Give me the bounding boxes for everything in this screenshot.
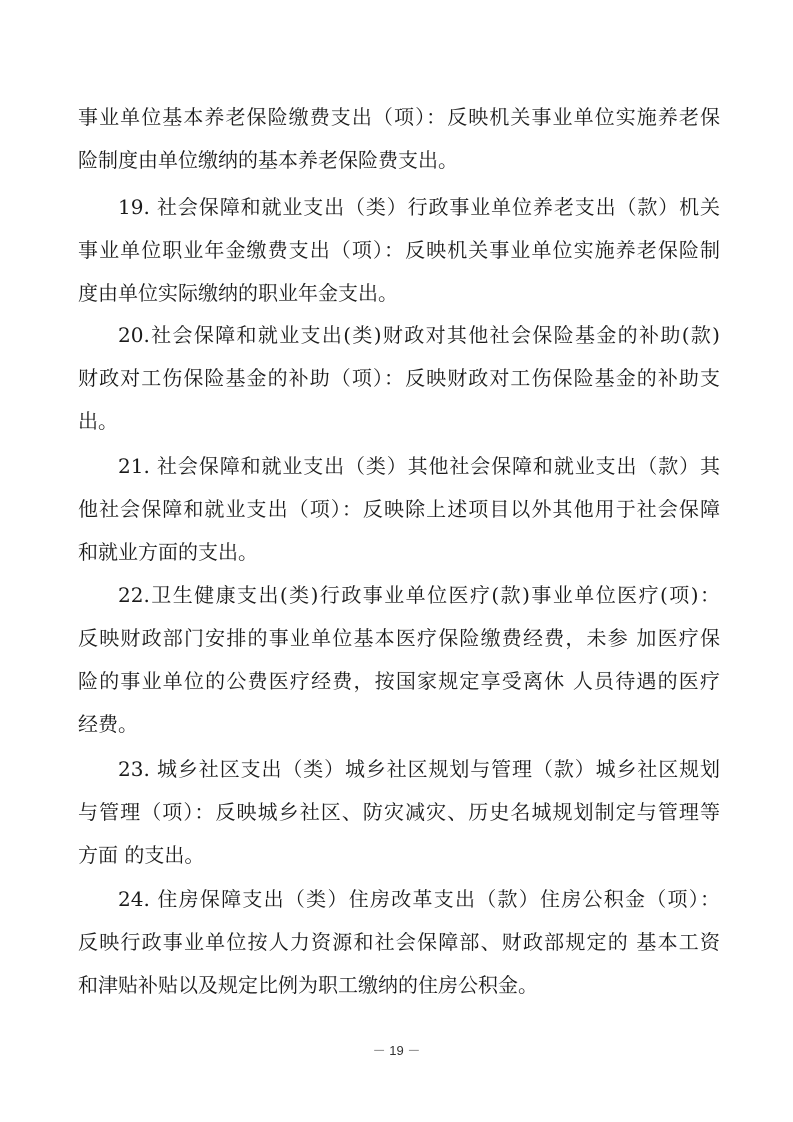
paragraph-line: 险制度由单位缴纳的基本养老保险费支出。	[78, 145, 720, 175]
item-23-heading-line: 23. 城乡社区支出（类）城乡社区规划与管理（款）城乡社区规划	[118, 754, 720, 784]
item-20-heading-line: 20.社会保障和就业支出(类)财政对其他社会保险基金的补助(款)	[118, 320, 720, 350]
item-21-heading-line: 21. 社会保障和就业支出（类）其他社会保障和就业支出（款）其	[118, 451, 720, 481]
paragraph-line: 财政对工伤保险基金的补助（项）：反映财政对工伤保险基金的补助支	[78, 363, 720, 393]
document-page: 事业单位基本养老保险缴费支出（项）：反映机关事业单位实施养老保 险制度由单位缴纳…	[0, 0, 793, 1122]
item-19-heading-line: 19. 社会保障和就业支出（类）行政事业单位养老支出（款）机关	[118, 192, 720, 222]
paragraph-line: 和就业方面的支出。	[78, 537, 720, 567]
paragraph-line: 险的事业单位的公费医疗经费，按国家规定享受离休 人员待遇的医疗	[78, 666, 720, 696]
page-number: － 19 －	[0, 1040, 793, 1059]
paragraph-line: 经费。	[78, 709, 720, 739]
paragraph-line: 与管理（项）：反映城乡社区、防灾减灾、历史名城规划制定与管理等	[78, 797, 720, 827]
item-24-heading-line: 24. 住房保障支出（类）住房改革支出（款）住房公积金（项）：	[118, 884, 720, 914]
paragraph-line: 出。	[78, 406, 720, 436]
paragraph-line: 度由单位实际缴纳的职业年金支出。	[78, 278, 720, 308]
paragraph-line: 反映行政事业单位按人力资源和社会保障部、财政部规定的 基本工资	[78, 927, 720, 957]
paragraph-line: 方面 的支出。	[78, 840, 720, 870]
paragraph-line: 事业单位职业年金缴费支出（项）：反映机关事业单位实施养老保险制	[78, 235, 720, 265]
paragraph-line: 和津贴补贴以及规定比例为职工缴纳的住房公积金。	[78, 970, 720, 1000]
item-22-heading-line: 22.卫生健康支出(类)行政事业单位医疗(款)事业单位医疗(项)：	[118, 580, 720, 610]
paragraph-line: 他社会保障和就业支出（项）：反映除上述项目以外其他用于社会保障	[78, 494, 720, 524]
paragraph-line: 反映财政部门安排的事业单位基本医疗保险缴费经费，未参 加医疗保	[78, 623, 720, 653]
paragraph-line: 事业单位基本养老保险缴费支出（项）：反映机关事业单位实施养老保	[78, 102, 720, 132]
